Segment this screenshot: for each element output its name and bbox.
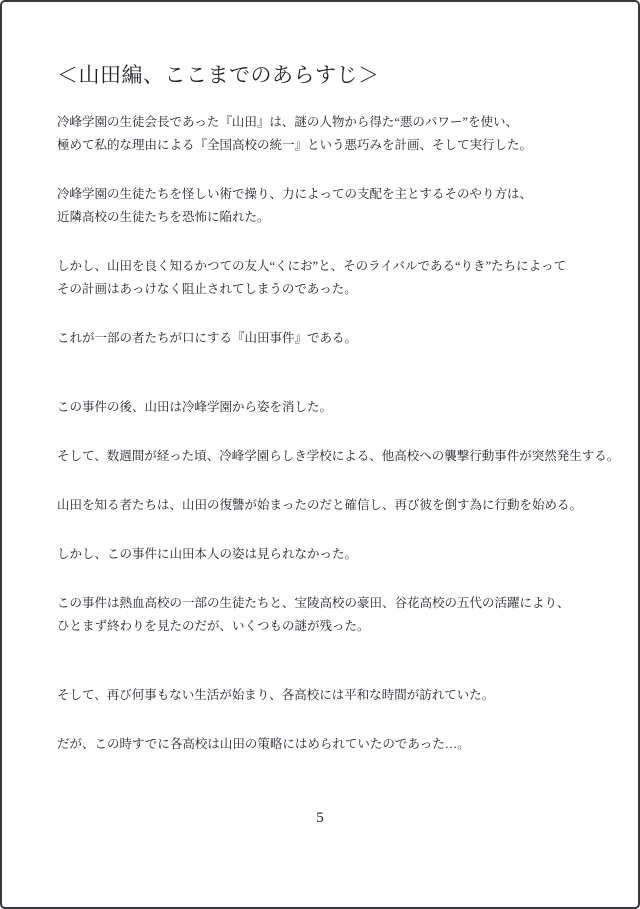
- paragraph: そして、再び何事もない生活が始まり、各高校には平和な時間が訪れていた。: [57, 684, 598, 707]
- paragraph: これが一部の者たちが口にする『山田事件』である。: [57, 327, 598, 350]
- paragraph-line: この事件は熱血高校の一部の生徒たちと、宝陵高校の豪田、谷花高校の五代の活躍により…: [57, 596, 570, 610]
- paragraph-line: 近隣高校の生徒たちを恐怖に陥れた。: [57, 210, 270, 224]
- document-page: ＜山田編、ここまでのあらすじ＞ 冷峰学園の生徒会長であった『山田』は、謎の人物か…: [0, 0, 640, 909]
- paragraph: この事件の後、山田は冷峰学園から姿を消した。: [57, 396, 598, 419]
- paragraph: 冷峰学園の生徒会長であった『山田』は、謎の人物から得た“悪のパワー”を使い、極め…: [57, 111, 598, 157]
- paragraph: そして、数週間が経った頃、冷峰学園らしき学校による、他高校への襲撃行動事件が突然…: [57, 445, 598, 468]
- paragraph-line: 冷峰学園の生徒会長であった『山田』は、謎の人物から得た“悪のパワー”を使い、: [57, 115, 518, 129]
- paragraph: しかし、山田を良く知るかつての友人“くにお”と、そのライバルである“りき”たちに…: [57, 255, 598, 301]
- paragraph: 山田を知る者たちは、山田の復讐が始まったのだと確信し、再び彼を倒す為に行動を始め…: [57, 494, 598, 517]
- paragraph: しかし、この事件に山田本人の姿は見られなかった。: [57, 543, 598, 566]
- paragraphs-container: 冷峰学園の生徒会長であった『山田』は、謎の人物から得た“悪のパワー”を使い、極め…: [57, 111, 598, 756]
- paragraph-line: 極めて私的な理由による『全国高校の統一』という悪巧みを計画、そして実行した。: [57, 138, 532, 152]
- paragraph-line: 山田を知る者たちは、山田の復讐が始まったのだと確信し、再び彼を倒す為に行動を始め…: [57, 498, 582, 512]
- paragraph-line: ひとまず終わりを見たのだが、いくつもの謎が残った。: [57, 619, 370, 633]
- page-number: 5: [2, 808, 638, 828]
- paragraph-line: これが一部の者たちが口にする『山田事件』である。: [57, 331, 357, 345]
- paragraph: だが、この時すでに各高校は山田の策略にはめられていたのであった…。: [57, 733, 598, 756]
- paragraph-line: 冷峰学園の生徒たちを怪しい術で操り、力によっての支配を主とするそのやり方は、: [57, 187, 532, 201]
- paragraph-line: そして、数週間が経った頃、冷峰学園らしき学校による、他高校への襲撃行動事件が突然…: [57, 449, 619, 463]
- paragraph-line: だが、この時すでに各高校は山田の策略にはめられていたのであった…。: [57, 737, 470, 751]
- paragraph-line: そして、再び何事もない生活が始まり、各高校には平和な時間が訪れていた。: [57, 688, 494, 702]
- paragraph-line: しかし、この事件に山田本人の姿は見られなかった。: [57, 547, 357, 561]
- section-title: ＜山田編、ここまでのあらすじ＞: [57, 60, 583, 90]
- paragraph-line: その計画はあっけなく阻止されてしまうのであった。: [57, 282, 357, 296]
- paragraph-line: この事件の後、山田は冷峰学園から姿を消した。: [57, 400, 332, 414]
- paragraph: この事件は熱血高校の一部の生徒たちと、宝陵高校の豪田、谷花高校の五代の活躍により…: [57, 592, 598, 638]
- paragraph: 冷峰学園の生徒たちを怪しい術で操り、力によっての支配を主とするそのやり方は、近隣…: [57, 183, 598, 229]
- paragraph-line: しかし、山田を良く知るかつての友人“くにお”と、そのライバルである“りき”たちに…: [57, 259, 566, 273]
